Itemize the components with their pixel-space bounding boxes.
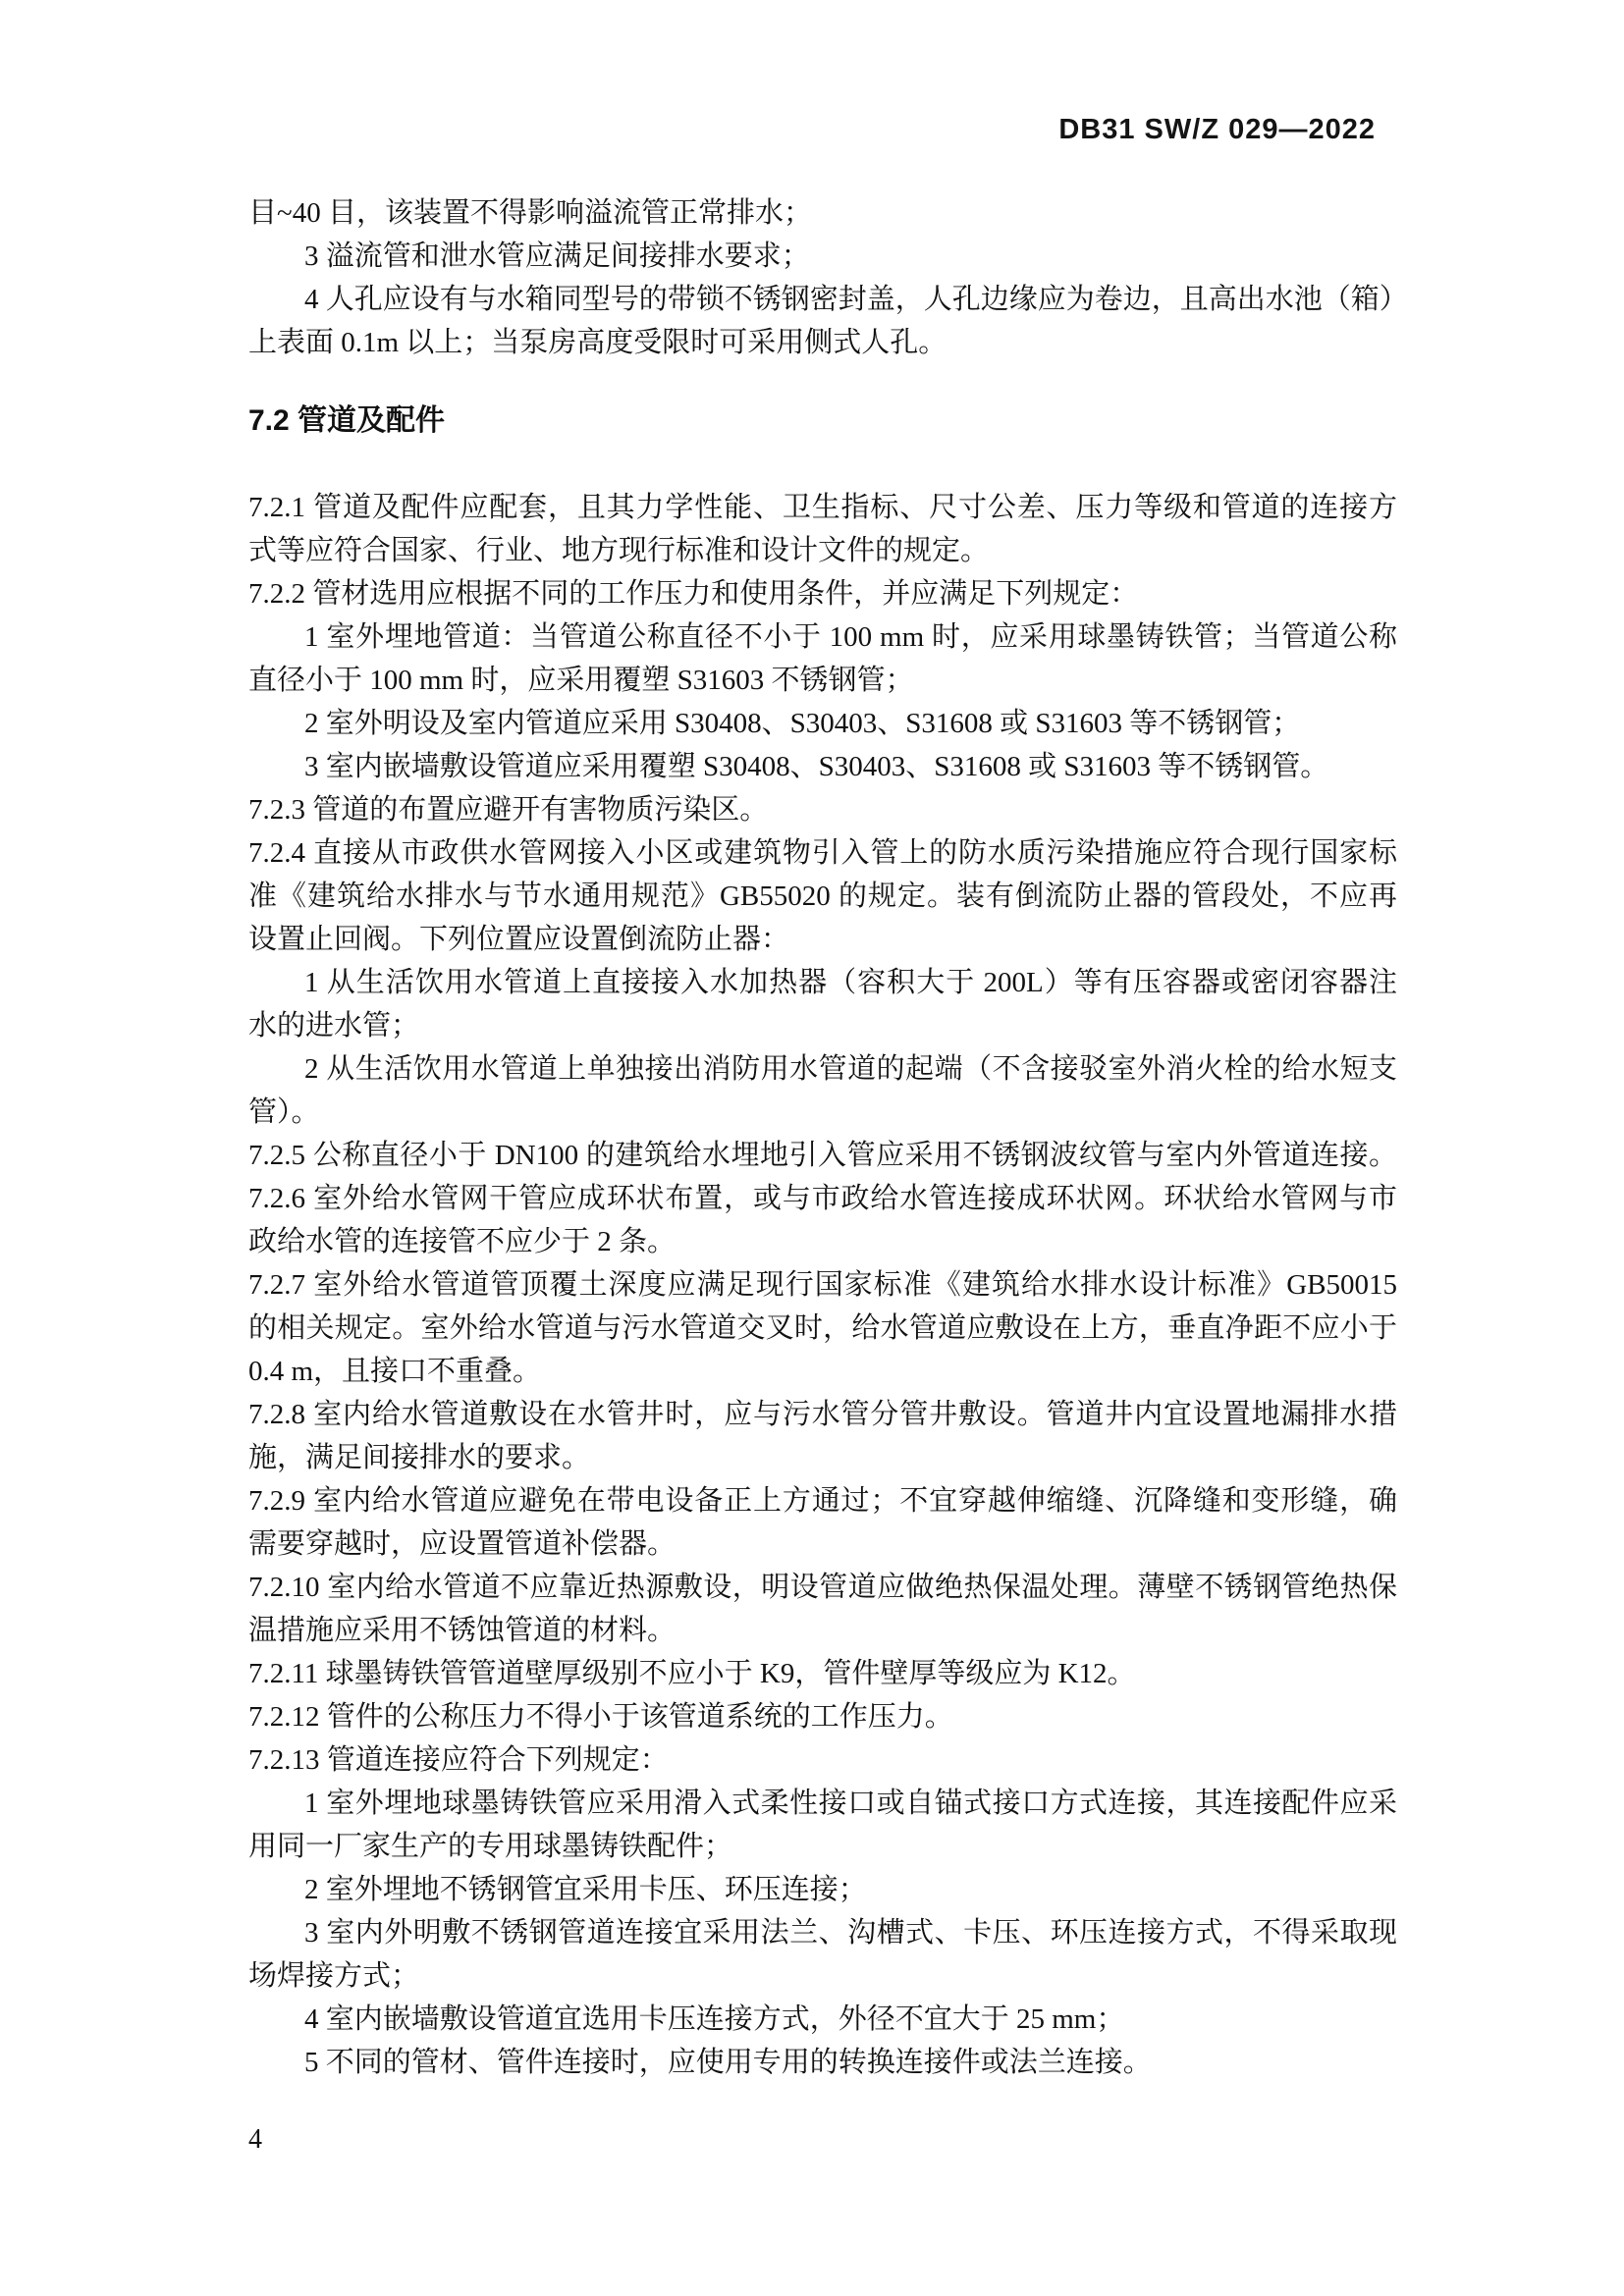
paragraph-line: 设置止回阀。下列位置应设置倒流防止器： bbox=[248, 918, 1397, 961]
paragraph-line: 水的进水管； bbox=[248, 1004, 1397, 1047]
paragraph-line: 7.2.4 直接从市政供水管网接入小区或建筑物引入管上的防水质污染措施应符合现行… bbox=[248, 831, 1397, 875]
paragraph-line: 7.2.1 管道及配件应配套，且其力学性能、卫生指标、尺寸公差、压力等级和管道的… bbox=[248, 486, 1397, 529]
paragraph-line: 直径小于 100 mm 时，应采用覆塑 S31603 不锈钢管； bbox=[248, 659, 1397, 702]
standard-code-header: DB31 SW/Z 029—2022 bbox=[248, 114, 1376, 146]
document-page: DB31 SW/Z 029—2022 目~40 目，该装置不得影响溢流管正常排水… bbox=[0, 0, 1624, 2296]
paragraph-line: 施，满足间接排水的要求。 bbox=[248, 1436, 1397, 1479]
paragraph-line: 7.2.9 室内给水管道应避免在带电设备正上方通过；不宜穿越伸缩缝、沉降缝和变形… bbox=[248, 1479, 1397, 1522]
paragraph-line: 3 室内嵌墙敷设管道应采用覆塑 S30408、S30403、S31608 或 S… bbox=[248, 745, 1397, 788]
paragraph-line: 5 不同的管材、管件连接时，应使用专用的转换连接件或法兰连接。 bbox=[248, 2041, 1397, 2084]
paragraph-line: 7.2.3 管道的布置应避开有害物质污染区。 bbox=[248, 788, 1397, 831]
paragraph-line: 7.2.8 室内给水管道敷设在水管井时，应与污水管分管井敷设。管道井内宜设置地漏… bbox=[248, 1393, 1397, 1436]
paragraph-line: 的相关规定。室外给水管道与污水管道交叉时，给水管道应敷设在上方，垂直净距不应小于 bbox=[248, 1307, 1397, 1350]
paragraph-line: 7.2.13 管道连接应符合下列规定： bbox=[248, 1738, 1397, 1782]
paragraph-line: 1 室外埋地球墨铸铁管应采用滑入式柔性接口或自锚式接口方式连接，其连接配件应采 bbox=[248, 1782, 1397, 1825]
paragraph-line: 7.2.2 管材选用应根据不同的工作压力和使用条件，并应满足下列规定： bbox=[248, 572, 1397, 615]
paragraph-line: 2 室外明设及室内管道应采用 S30408、S30403、S31608 或 S3… bbox=[248, 702, 1397, 745]
paragraph-line: 场焊接方式； bbox=[248, 1954, 1397, 1998]
paragraph-line: 管）。 bbox=[248, 1091, 1397, 1134]
paragraph-line: 4 人孔应设有与水箱同型号的带锁不锈钢密封盖，人孔边缘应为卷边，且高出水池（箱） bbox=[248, 278, 1397, 321]
paragraph-line: 1 室外埋地管道：当管道公称直径不小于 100 mm 时，应采用球墨铸铁管；当管… bbox=[248, 615, 1397, 659]
paragraph-line: 2 室外埋地不锈钢管宜采用卡压、环压连接； bbox=[248, 1868, 1397, 1911]
document-body: 目~40 目，该装置不得影响溢流管正常排水；3 溢流管和泄水管应满足间接排水要求… bbox=[248, 191, 1397, 2084]
paragraph-line: 4 室内嵌墙敷设管道宜选用卡压连接方式，外径不宜大于 25 mm； bbox=[248, 1998, 1397, 2041]
section-heading: 7.2 管道及配件 bbox=[248, 400, 1397, 443]
paragraph-line: 3 溢流管和泄水管应满足间接排水要求； bbox=[248, 235, 1397, 278]
paragraph-line: 7.2.6 室外给水管网干管应成环状布置，或与市政给水管连接成环状网。环状给水管… bbox=[248, 1177, 1397, 1220]
paragraph-line: 用同一厂家生产的专用球墨铸铁配件； bbox=[248, 1825, 1397, 1868]
page-number: 4 bbox=[248, 2124, 262, 2156]
paragraph-line: 目~40 目，该装置不得影响溢流管正常排水； bbox=[248, 191, 1397, 235]
paragraph-line: 温措施应采用不锈蚀管道的材料。 bbox=[248, 1609, 1397, 1652]
paragraph-line: 7.2.10 室内给水管道不应靠近热源敷设，明设管道应做绝热保温处理。薄壁不锈钢… bbox=[248, 1566, 1397, 1609]
paragraph-line: 准《建筑给水排水与节水通用规范》GB55020 的规定。装有倒流防止器的管段处，… bbox=[248, 875, 1397, 918]
paragraph-line: 1 从生活饮用水管道上直接接入水加热器（容积大于 200L）等有压容器或密闭容器… bbox=[248, 961, 1397, 1004]
paragraph-line: 7.2.12 管件的公称压力不得小于该管道系统的工作压力。 bbox=[248, 1695, 1397, 1738]
paragraph-line: 式等应符合国家、行业、地方现行标准和设计文件的规定。 bbox=[248, 529, 1397, 572]
paragraph-line: 政给水管的连接管不应少于 2 条。 bbox=[248, 1220, 1397, 1263]
paragraph-line: 7.2.5 公称直径小于 DN100 的建筑给水埋地引入管应采用不锈钢波纹管与室… bbox=[248, 1134, 1397, 1177]
paragraph-line: 7.2.11 球墨铸铁管管道壁厚级别不应小于 K9，管件壁厚等级应为 K12。 bbox=[248, 1652, 1397, 1695]
paragraph-line: 上表面 0.1m 以上；当泵房高度受限时可采用侧式人孔。 bbox=[248, 321, 1397, 364]
paragraph-line: 3 室内外明敷不锈钢管道连接宜采用法兰、沟槽式、卡压、环压连接方式，不得采取现 bbox=[248, 1911, 1397, 1954]
paragraph-line: 2 从生活饮用水管道上单独接出消防用水管道的起端（不含接驳室外消火栓的给水短支 bbox=[248, 1047, 1397, 1091]
paragraph-line: 7.2.7 室外给水管道管顶覆土深度应满足现行国家标准《建筑给水排水设计标准》G… bbox=[248, 1263, 1397, 1307]
paragraph-line: 需要穿越时，应设置管道补偿器。 bbox=[248, 1522, 1397, 1566]
paragraph-line: 0.4 m，且接口不重叠。 bbox=[248, 1350, 1397, 1393]
